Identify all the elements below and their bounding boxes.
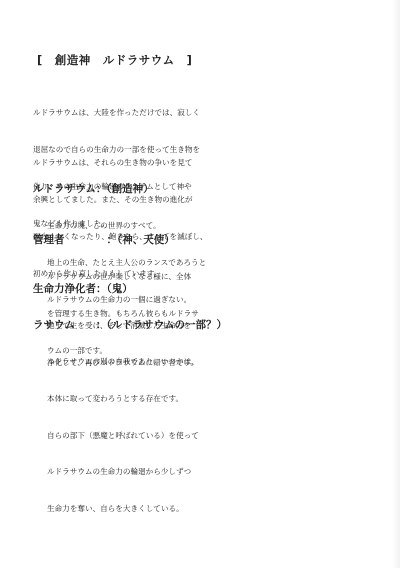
entry-heading: ラサウム ：（ルドラサウムの一部？） <box>33 318 227 332</box>
entry-heading: 管理者 ：（神、天使） <box>33 233 199 247</box>
text-line: 生命力の塊、この世界のすべて。 <box>47 220 206 232</box>
text-line: 本体に取って変わろうとする存在です。 <box>47 393 227 405</box>
page-title: [ 創造神 ルドラサウム ] <box>37 52 192 68</box>
text-line: ルドラサウムは、大陸を作っただけでは、寂しく <box>33 107 200 119</box>
page-edge-shadow <box>392 0 400 568</box>
text-line: ルドラサウムの別の自我であり、いつかは、 <box>47 356 227 368</box>
text-line: ルドラサウムの生命力の輪廻から少しずつ <box>47 466 227 478</box>
entry-rasaum: ラサウム ：（ルドラサウムの一部？） ルドラサウムの別の自我であり、いつかは、 … <box>33 318 227 539</box>
text-line: 自らの部下（悪魔と呼ばれている）を使って <box>47 430 227 442</box>
entry-heading: 生命力浄化者：（鬼） <box>33 282 198 296</box>
text-line: ルドラサウムは、それらの生き物の争いを見て <box>33 157 208 169</box>
entry-body: ルドラサウムの別の自我であり、いつかは、 本体に取って変わろうとする存在です。 … <box>47 332 227 539</box>
text-line: 生命力を奪い、自らを大きくしている。 <box>47 503 227 515</box>
entry-heading: ルドラサウム：（創造神） <box>33 182 206 196</box>
